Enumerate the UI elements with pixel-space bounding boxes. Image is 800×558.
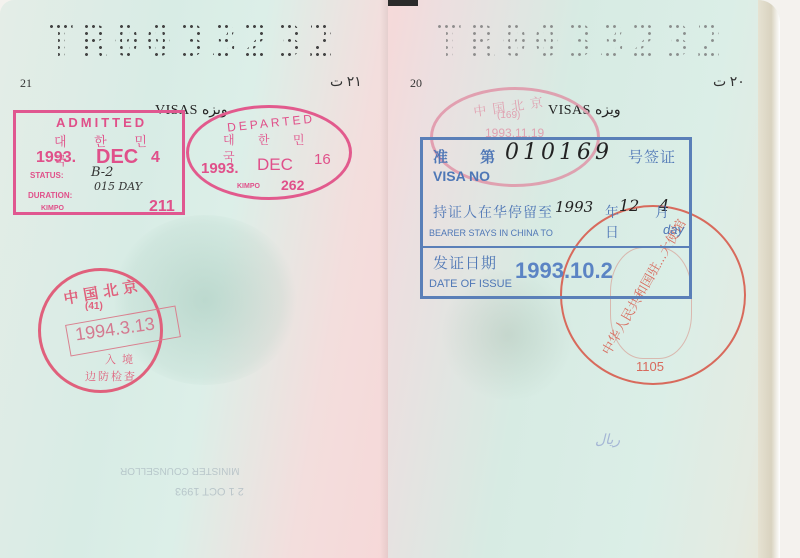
admitted-duration-label: DURATION: — [28, 191, 72, 200]
departed-year: 1993. — [201, 160, 239, 177]
beijing-entry-text-1: 入境 — [105, 351, 139, 367]
left-page: TR0033232 21 ٢١ ت MINISTER COUNSELLOR 2 … — [0, 0, 388, 558]
admitted-day: 4 — [151, 149, 160, 167]
page-number-right: 20 — [410, 76, 422, 91]
stay-until-year: 1993 — [555, 198, 593, 216]
page-edge — [758, 0, 780, 558]
departed-number: 262 — [281, 177, 304, 193]
departed-day: 16 — [314, 151, 331, 168]
visa-stay-note: day — [663, 222, 684, 237]
visa-issue-date: 1993.10.2 — [515, 258, 613, 284]
visa-stay-label: BEARER STAYS IN CHINA TO — [429, 228, 553, 238]
visa-line1-suffix: 号签证 — [628, 146, 676, 167]
beijing-entry-station: (41) — [85, 301, 103, 312]
admitted-port: KIMPO — [41, 205, 64, 212]
departed-month: DEC — [257, 155, 293, 175]
admitted-status-label: STATUS: — [30, 171, 63, 180]
seal-number: 1105 — [636, 359, 664, 374]
admitted-stamp: ADMITTED 대 한 민 국 1993. DEC 4 STATUS: B-2… — [13, 110, 185, 215]
faint-print-1: MINISTER COUNSELLOR — [120, 465, 239, 476]
visa-no-label: VISA NO — [433, 168, 490, 184]
faint-print-2: 2 1 OCT 1993 — [175, 485, 244, 497]
visa-number: 010169 — [505, 140, 613, 165]
admitted-number: 211 — [149, 198, 175, 216]
pencil-note: ریال — [595, 432, 620, 449]
admitted-year: 1993. — [36, 149, 76, 167]
visa-stay-cn: 持证人在华停留至 — [433, 202, 553, 222]
admitted-duration-value: 015 DAY — [94, 180, 142, 193]
visa-issue-label: DATE OF ISSUE — [429, 278, 512, 290]
admitted-status-value: B-2 — [91, 165, 113, 180]
arabic-page-number-left: ٢١ ت — [330, 74, 362, 91]
serial-perforation-right: TR0033232 — [436, 16, 728, 67]
beijing-entry-top-text: 中国北京 — [62, 274, 144, 309]
arabic-page-number-right: ٢٠ ت — [713, 74, 745, 91]
visa-issue-cn: 发证日期 — [433, 252, 497, 273]
visa-divider — [423, 246, 689, 248]
passport-scan: TR0033232 21 ٢١ ت MINISTER COUNSELLOR 2 … — [0, 0, 800, 558]
departed-port: KIMPO — [237, 183, 260, 190]
china-visa-stamp: 准 第 010169 号签证 VISA NO 持证人在华停留至 1993 12 … — [420, 137, 692, 299]
admitted-title: ADMITTED — [56, 115, 147, 130]
serial-perforation-left: TR0033232 — [48, 16, 340, 67]
visas-arabic-label: ویزه — [595, 103, 621, 118]
beijing-faint-station: (169) — [497, 110, 520, 121]
visa-line1-cn: 准 第 — [433, 146, 509, 167]
departed-stamp: DEPARTED 대 한 민 국 1993. DEC 16 KIMPO 262 — [186, 105, 352, 200]
beijing-entry-stamp: 中国北京 (41) 1994.3.13 入境 边防检查 — [38, 268, 163, 393]
beijing-entry-text-2: 边防检查 — [85, 368, 137, 384]
page-number-left: 21 — [20, 76, 32, 91]
